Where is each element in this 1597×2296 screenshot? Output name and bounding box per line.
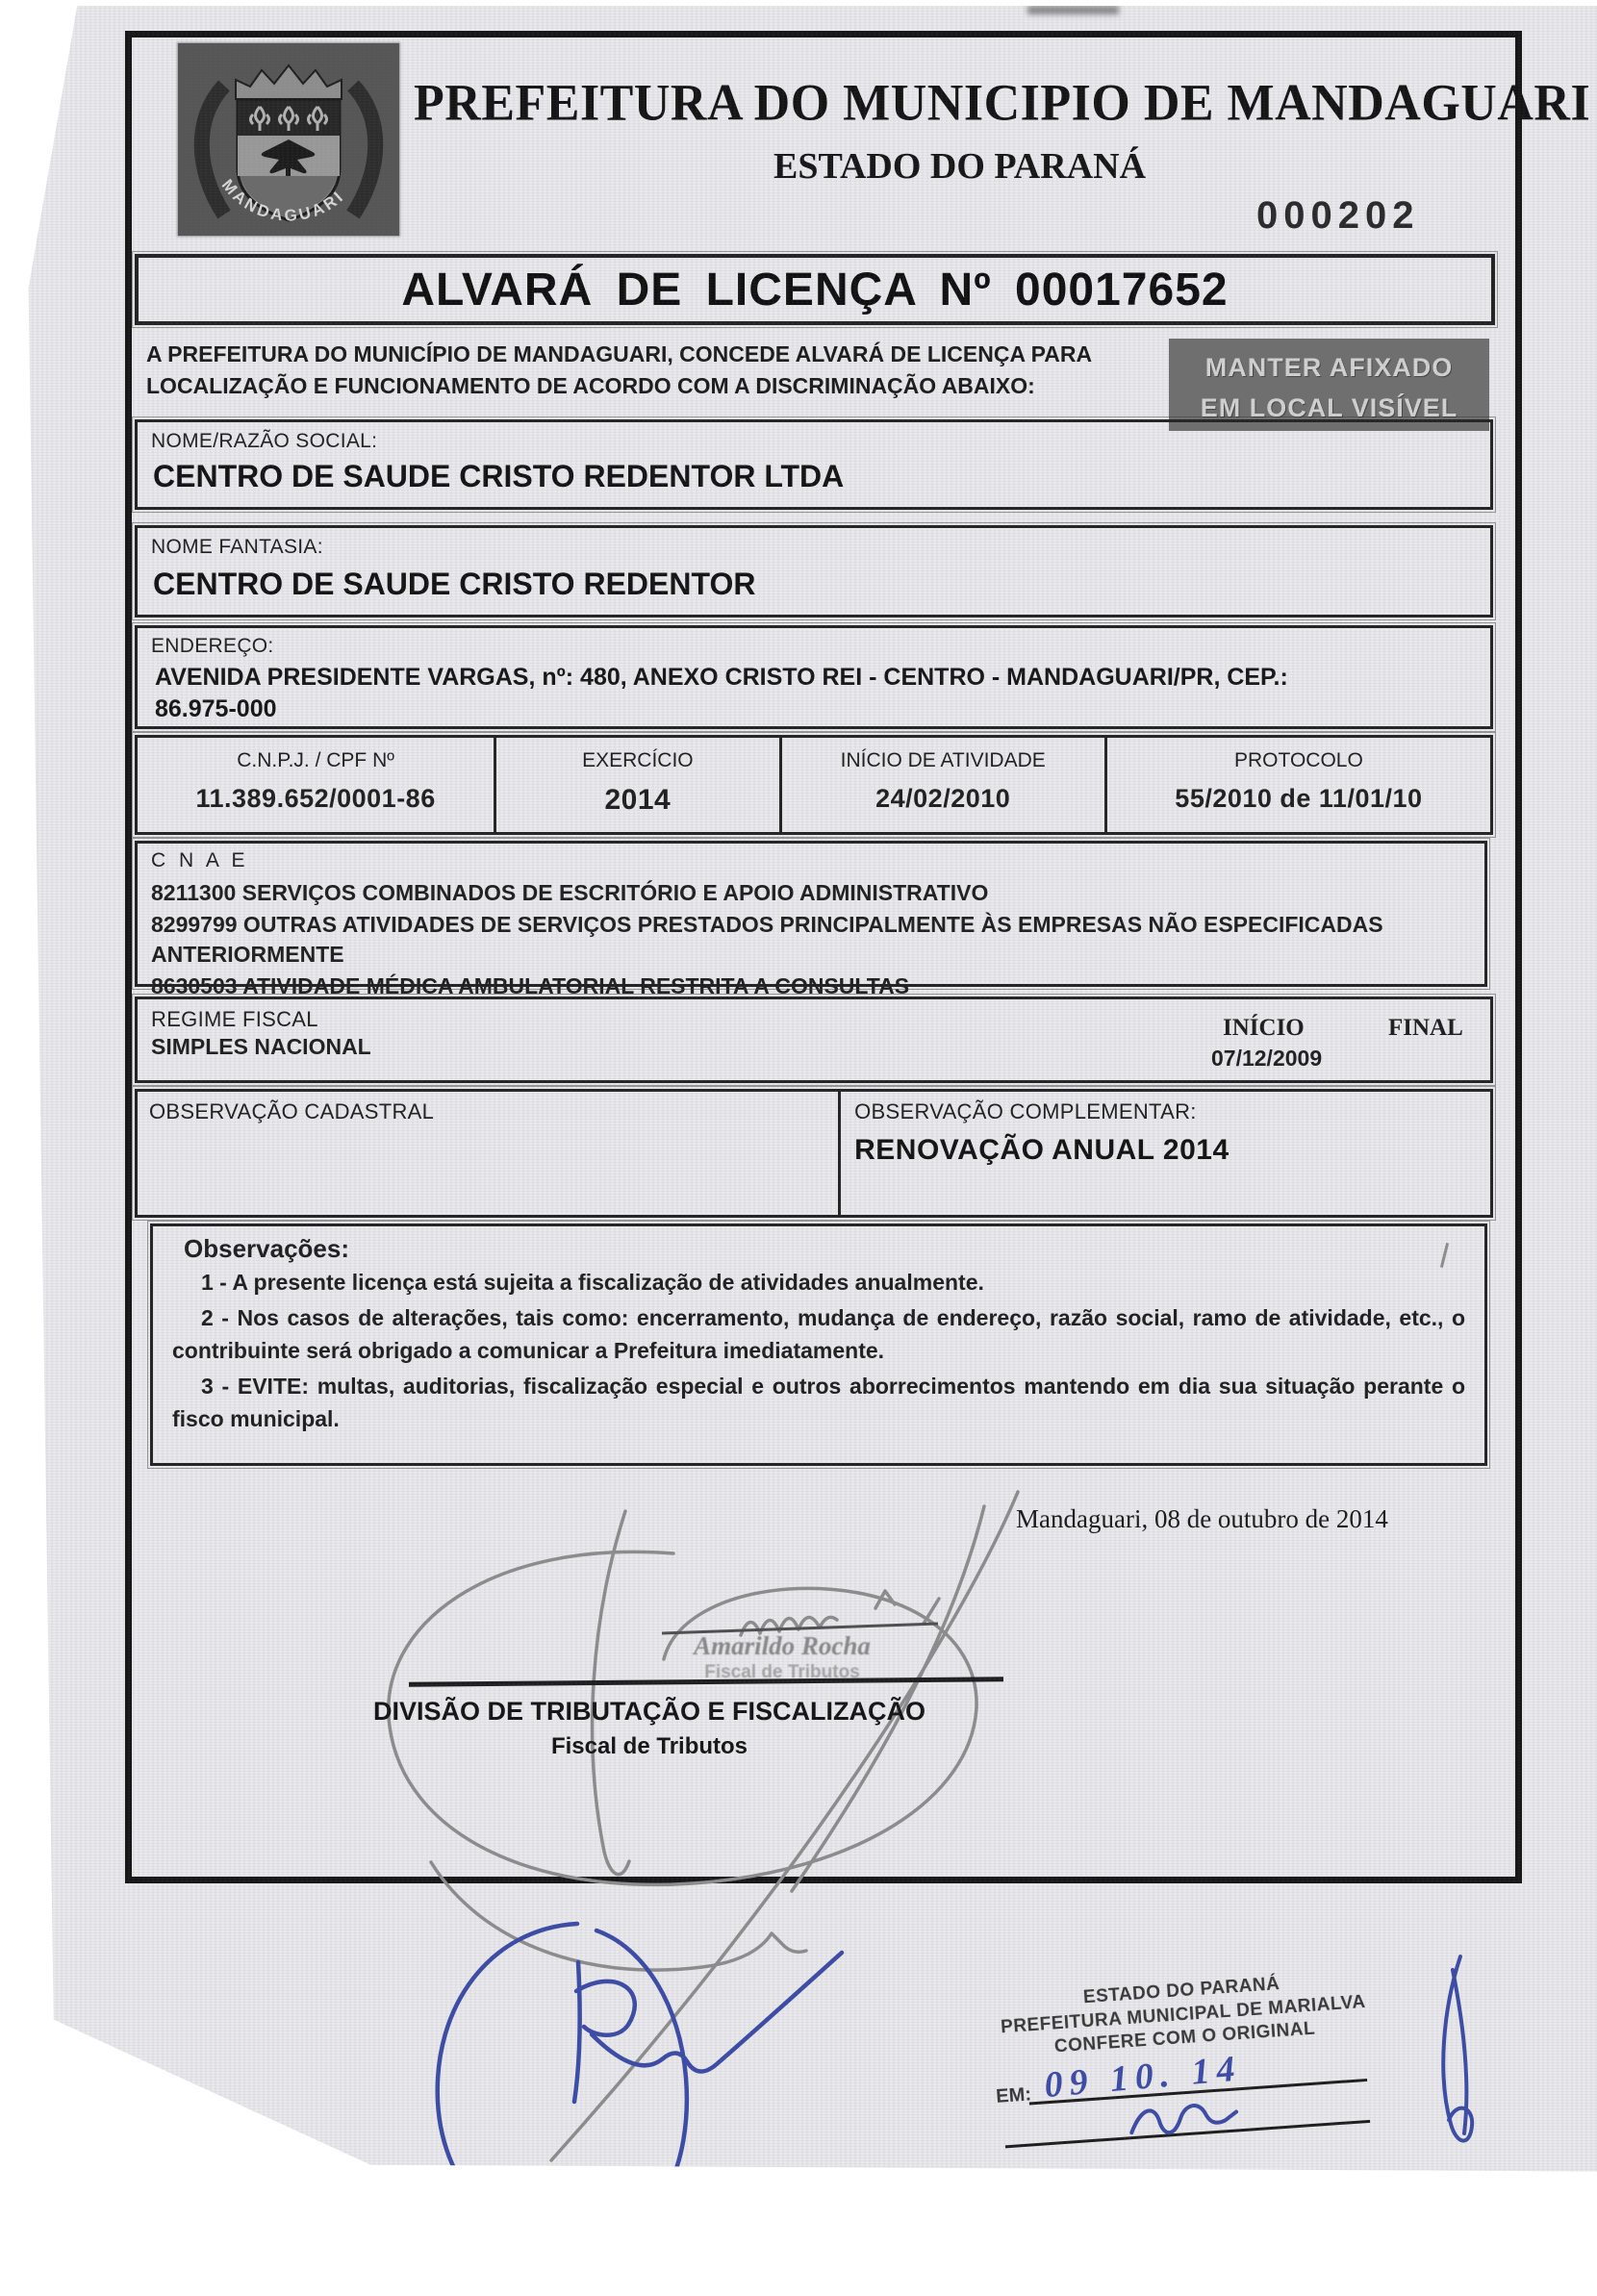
- observacao-complementar-label: OBSERVAÇÃO COMPLEMENTAR:: [854, 1099, 1477, 1124]
- exercicio-label: EXERCÍCIO: [496, 749, 778, 772]
- cnpj-value: 11.389.652/0001-86: [138, 784, 494, 814]
- signer-role: Fiscal de Tributos: [342, 1733, 957, 1760]
- badge-line-1: MANTER AFIXADO: [1169, 348, 1489, 389]
- cnae-box: C N A E 8211300 SERVIÇOS COMBINADOS DE E…: [135, 841, 1487, 987]
- regime-fiscal-box: REGIME FISCAL SIMPLES NACIONAL INÍCIO FI…: [135, 997, 1493, 1083]
- header-title: PREFEITURA DO MUNICIPIO DE MANDAGUARI: [414, 74, 1506, 133]
- endereco-box: ENDEREÇO: AVENIDA PRESIDENTE VARGAS, nº:…: [135, 625, 1493, 729]
- inicio-atividade-cell: INÍCIO DE ATIVIDADE 24/02/2010: [782, 738, 1107, 832]
- inicio-atividade-value: 24/02/2010: [782, 784, 1104, 814]
- observacoes-heading: Observações:: [184, 1234, 1465, 1264]
- stamp-em-label: EM:: [996, 2083, 1032, 2108]
- header: PREFEITURA DO MUNICIPIO DE MANDAGUARI ES…: [414, 75, 1506, 188]
- coat-of-arms-graphic: MANDAGUARI: [178, 43, 399, 236]
- regime-inicio-value: 07/12/2009: [1211, 1046, 1322, 1072]
- observacao-cadastral-cell: OBSERVAÇÃO CADASTRAL: [138, 1092, 841, 1215]
- endereco-label: ENDEREÇO:: [151, 635, 1490, 658]
- inicio-atividade-label: INÍCIO DE ATIVIDADE: [782, 749, 1104, 772]
- razao-social-value: CENTRO DE SAUDE CRISTO REDENTOR LTDA: [153, 459, 1490, 494]
- razao-social-label: NOME/RAZÃO SOCIAL:: [151, 430, 1490, 453]
- header-subtitle: ESTADO DO PARANÁ: [414, 145, 1506, 188]
- nome-fantasia-label: NOME FANTASIA:: [151, 536, 1490, 559]
- observacao-complementar-value: RENOVAÇÃO ANUAL 2014: [854, 1134, 1477, 1167]
- cnpj-cell: C.N.P.J. / CPF Nº 11.389.652/0001-86: [138, 738, 496, 832]
- keep-posted-badge: MANTER AFIXADO EM LOCAL VISÍVEL: [1169, 339, 1489, 431]
- exercicio-cell: EXERCÍCIO 2014: [496, 738, 781, 832]
- license-title: ALVARÁ DE LICENÇA Nº 00017652: [139, 258, 1491, 316]
- protocolo-cell: PROTOCOLO 55/2010 de 11/01/10: [1107, 738, 1490, 832]
- nome-fantasia-box: NOME FANTASIA: CENTRO DE SAUDE CRISTO RE…: [135, 525, 1493, 618]
- observacoes-item-1: 1 - A presente licença está sujeita a fi…: [172, 1266, 1465, 1299]
- verification-stamp: ESTADO DO PARANÁ PREFEITURA MUNICIPAL DE…: [989, 1966, 1383, 2149]
- exercicio-value: 2014: [496, 784, 778, 817]
- scanned-paper: MANDAGUARI PREFEITURA DO MUNICIPIO DE MA…: [27, 6, 1597, 2176]
- regime-final-label: FINAL: [1388, 1015, 1463, 1042]
- signer-stamp-name: Amarildo Rocha: [662, 1631, 902, 1661]
- endereco-value: AVENIDA PRESIDENTE VARGAS, nº: 480, ANEX…: [155, 662, 1290, 724]
- license-intro: A PREFEITURA DO MUNICÍPIO DE MANDAGUARI,…: [146, 339, 1118, 401]
- blue-signature-ink: [390, 1871, 890, 2284]
- sheet-number: 000202: [1256, 194, 1419, 238]
- registry-row: C.N.P.J. / CPF Nº 11.389.652/0001-86 EXE…: [135, 735, 1493, 835]
- scanned-license-document: { "header": { "title": "PREFEITURA DO MU…: [0, 0, 1597, 2296]
- observacoes-box: Observações: 1 - A presente licença está…: [150, 1224, 1487, 1466]
- coat-of-arms: MANDAGUARI: [178, 43, 399, 236]
- cnae-label: C N A E: [151, 849, 1471, 872]
- regime-inicio-label: INÍCIO: [1223, 1015, 1305, 1042]
- license-title-box: ALVARÁ DE LICENÇA Nº 00017652: [135, 254, 1495, 325]
- observacao-complementar-cell: OBSERVAÇÃO COMPLEMENTAR: RENOVAÇÃO ANUAL…: [841, 1092, 1490, 1215]
- nome-fantasia-value: CENTRO DE SAUDE CRISTO REDENTOR: [153, 567, 1490, 602]
- razao-social-box: NOME/RAZÃO SOCIAL: CENTRO DE SAUDE CRIST…: [135, 419, 1493, 510]
- observacoes-item-3: 3 - EVITE: multas, auditorias, fiscaliza…: [172, 1370, 1465, 1436]
- cnae-item-2: 8299799 OUTRAS ATIVIDADES DE SERVIÇOS PR…: [151, 910, 1431, 970]
- division-title: DIVISÃO DE TRIBUTAÇÃO E FISCALIZAÇÃO: [342, 1697, 957, 1727]
- blue-pen-marks: [1414, 1941, 1597, 2268]
- cnae-item-1: 8211300 SERVIÇOS COMBINADOS DE ESCRITÓRI…: [151, 878, 1431, 908]
- protocolo-label: PROTOCOLO: [1107, 749, 1490, 772]
- observacao-cadastral-label: OBSERVAÇÃO CADASTRAL: [149, 1099, 826, 1124]
- observacoes-item-2: 2 - Nos casos de alterações, tais como: …: [172, 1301, 1465, 1368]
- cnpj-label: C.N.P.J. / CPF Nº: [138, 749, 494, 772]
- protocolo-value: 55/2010 de 11/01/10: [1107, 784, 1490, 814]
- scan-smudge: [1027, 6, 1119, 14]
- observacao-row: OBSERVAÇÃO CADASTRAL OBSERVAÇÃO COMPLEME…: [135, 1089, 1493, 1218]
